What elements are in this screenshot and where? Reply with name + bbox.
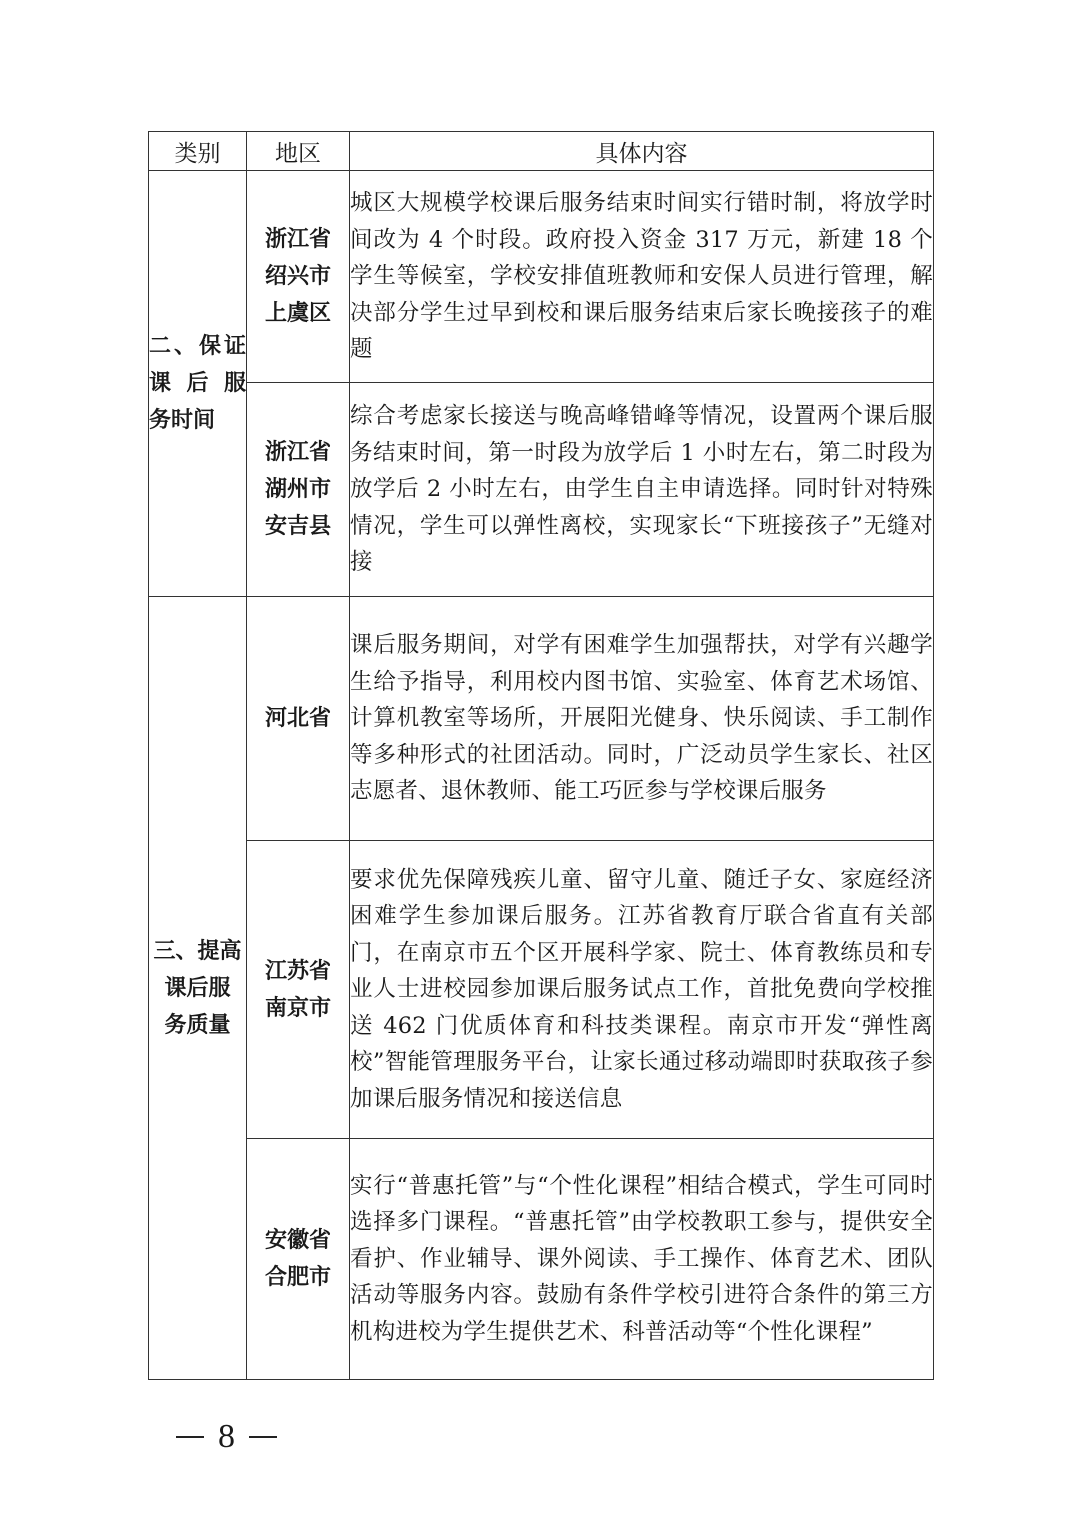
header-region: 地区: [247, 132, 350, 171]
table-header-row: 类别 地区 具体内容: [149, 132, 934, 171]
table-row: 浙江省 湖州市 安吉县 综合考虑家长接送与晚高峰错峰等情况，设置两个课后服务结束…: [149, 383, 934, 597]
category-line: 课后服: [149, 365, 246, 402]
region-cell: 浙江省 绍兴市 上虞区: [247, 171, 350, 383]
table-row: 江苏省 南京市 要求优先保障残疾儿童、留守儿童、随迁子女、家庭经济困难学生参加课…: [149, 841, 934, 1139]
content-cell: 综合考虑家长接送与晚高峰错峰等情况，设置两个课后服务结束时间，第一时段为放学后 …: [350, 383, 934, 597]
region-line: 上虞区: [247, 295, 349, 332]
region-line: 安徽省: [247, 1222, 349, 1259]
content-cell: 要求优先保障残疾儿童、留守儿童、随迁子女、家庭经济困难学生参加课后服务。江苏省教…: [350, 841, 934, 1139]
region-line: 浙江省: [247, 221, 349, 258]
content-cell: 实行“普惠托管”与“个性化课程”相结合模式，学生可同时选择多门课程。“普惠托管”…: [350, 1139, 934, 1380]
category-line: 务质量: [149, 1007, 246, 1044]
content-cell: 课后服务期间，对学有困难学生加强帮扶，对学有兴趣学生给予指导，利用校内图书馆、实…: [350, 597, 934, 841]
region-line: 湖州市: [247, 471, 349, 508]
region-line: 江苏省: [247, 953, 349, 990]
header-category: 类别: [149, 132, 247, 171]
table-row: 安徽省 合肥市 实行“普惠托管”与“个性化课程”相结合模式，学生可同时选择多门课…: [149, 1139, 934, 1380]
category-line: 二、保证: [149, 328, 246, 365]
table-row: 三、提高 课后服 务质量 河北省 课后服务期间，对学有困难学生加强帮扶，对学有兴…: [149, 597, 934, 841]
region-line: 绍兴市: [247, 258, 349, 295]
category-cell: 二、保证 课后服 务时间: [149, 171, 247, 597]
category-cell: 三、提高 课后服 务质量: [149, 597, 247, 1380]
region-cell: 江苏省 南京市: [247, 841, 350, 1139]
region-line: 南京市: [247, 990, 349, 1027]
region-cell: 浙江省 湖州市 安吉县: [247, 383, 350, 597]
category-line: 课后服: [149, 970, 246, 1007]
content-cell: 城区大规模学校课后服务结束时间实行错时制，将放学时间改为 4 个时段。政府投入资…: [350, 171, 934, 383]
page-number-value: 8: [218, 1418, 235, 1456]
page-number: 8: [176, 1418, 277, 1456]
header-content: 具体内容: [350, 132, 934, 171]
region-cell: 安徽省 合肥市: [247, 1139, 350, 1380]
dash-left: [176, 1436, 204, 1438]
region-line: 安吉县: [247, 508, 349, 545]
region-line: 浙江省: [247, 434, 349, 471]
region-line: 河北省: [247, 700, 349, 737]
policy-table: 类别 地区 具体内容 二、保证 课后服 务时间 浙江省 绍兴市 上虞区 城区大规…: [148, 131, 934, 1380]
region-cell: 河北省: [247, 597, 350, 841]
table-row: 二、保证 课后服 务时间 浙江省 绍兴市 上虞区 城区大规模学校课后服务结束时间…: [149, 171, 934, 383]
region-line: 合肥市: [247, 1259, 349, 1296]
category-line: 务时间: [149, 402, 246, 439]
category-line: 三、提高: [149, 933, 246, 970]
dash-right: [249, 1436, 277, 1438]
